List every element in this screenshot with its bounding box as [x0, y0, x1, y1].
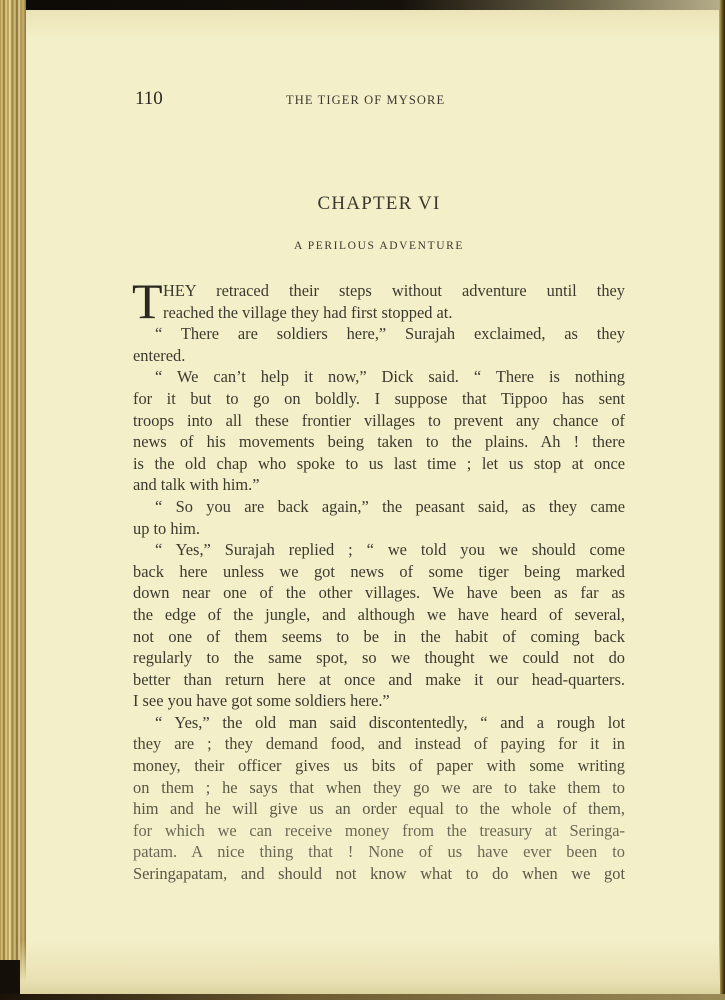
text-line: for which we can receive money from the … [133, 820, 625, 842]
text-line: “ So you are back again,” the peasant sa… [133, 496, 625, 518]
opening-paragraph: T HEY retraced their steps without adven… [133, 280, 625, 323]
text-line: patam. A nice thing that ! None of us ha… [133, 841, 625, 863]
text-line: better than return here at once and make… [133, 669, 625, 691]
running-title: THE TIGER OF MYSORE [286, 93, 445, 108]
text-line: they are ; they demand food, and instead… [133, 733, 625, 755]
text-line: HEY retraced their steps without adventu… [133, 280, 625, 302]
text-line: I see you have got some soldiers here.” [133, 690, 625, 712]
text-line: down near one of the other villages. We … [133, 582, 625, 604]
running-head: 110 THE TIGER OF MYSORE [133, 88, 625, 112]
text-line: and talk with him.” [133, 474, 625, 496]
drop-cap: T [132, 281, 163, 321]
text-line: not one of them seems to be in the habit… [133, 626, 625, 648]
right-page-edge [719, 0, 725, 1000]
text-line: news of his movements being taken to the… [133, 431, 625, 453]
body-text: T HEY retraced their steps without adven… [133, 280, 625, 885]
text-line: up to him. [133, 518, 625, 540]
chapter-number: CHAPTER VI [133, 193, 625, 215]
chapter-title: A PERILOUS ADVENTURE [133, 240, 625, 252]
page-number: 110 [135, 88, 163, 110]
text-line: for it but to go on boldly. I suppose th… [133, 388, 625, 410]
text-line: entered. [133, 345, 625, 367]
text-line: the edge of the jungle, and although we … [133, 604, 625, 626]
text-line: “ We can’t help it now,” Dick said. “ Th… [133, 366, 625, 388]
text-line: reached the village they had first stopp… [133, 302, 625, 324]
page-content: 110 THE TIGER OF MYSORE CHAPTER VI A PER… [133, 0, 625, 1000]
text-line: him and he will give us an order equal t… [133, 798, 625, 820]
text-line: “ There are soldiers here,” Surajah excl… [133, 323, 625, 345]
book-spine-page-edges [0, 0, 26, 1000]
text-line: on them ; he says that when they go we a… [133, 777, 625, 799]
text-line: Seringapatam, and should not know what t… [133, 863, 625, 885]
text-line: troops into all these frontier villages … [133, 410, 625, 432]
scanned-book-page: 110 THE TIGER OF MYSORE CHAPTER VI A PER… [0, 0, 725, 1000]
text-line: back here unless we got news of some tig… [133, 561, 625, 583]
text-line: regularly to the same spot, so we though… [133, 647, 625, 669]
text-line: money, their officer gives us bits of pa… [133, 755, 625, 777]
text-line: “ Yes,” the old man said discontentedly,… [133, 712, 625, 734]
text-line: is the old chap who spoke to us last tim… [133, 453, 625, 475]
text-line: “ Yes,” Surajah replied ; “ we told you … [133, 539, 625, 561]
